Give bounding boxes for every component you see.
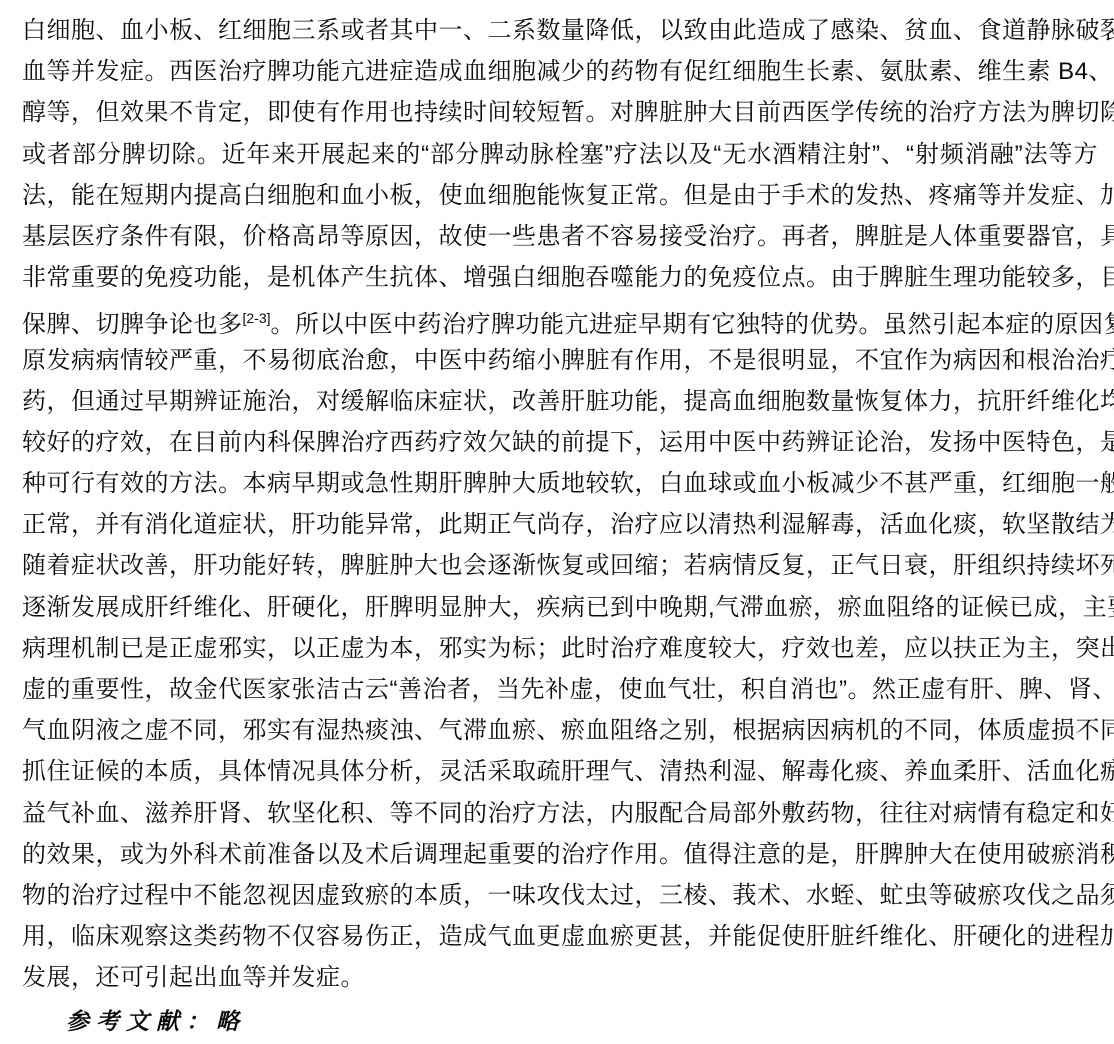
citation-superscript: [2-3] <box>243 310 271 326</box>
text-line: 或者部分脾切除。近年来开展起来的“部分脾动脉栓塞”疗法以及“无水酒精注射”、“射… <box>22 134 1098 175</box>
text-line-with-citation: 保脾、切脾争论也多[2-3]。所以中医中药治疗脾功能亢进症早期有它独特的优势。虽… <box>22 298 1098 339</box>
text-line: 药，但通过早期辨证施治，对缓解临床症状，改善肝脏功能，提高血细胞数量恢复体力，抗… <box>22 381 1098 422</box>
text-line: 虚的重要性，故金代医家张洁古云“善治者，当先补虚，使血气壮，积自消也”。然正虚有… <box>22 669 1098 710</box>
text-line: 抓住证候的本质，具体情况具体分析，灵活采取疏肝理气、清热利湿、解毒化痰、养血柔肝… <box>22 751 1098 792</box>
reference-note: 参考文献：略 <box>66 1001 1098 1041</box>
text-line: 较好的疗效，在目前内科保脾治疗西药疗效欠缺的前提下，运用中医中药辨证论治，发扬中… <box>22 422 1098 463</box>
text-line: 气血阴液之虚不同，邪实有湿热痰浊、气滞血瘀、瘀血阻络之别，根据病因病机的不同，体… <box>22 710 1098 751</box>
text-line: 血等并发症。西医治疗脾功能亢进症造成血细胞减少的药物有促红细胞生长素、氨肽素、维… <box>22 51 1098 92</box>
text-line: 随着症状改善，肝功能好转，脾脏肿大也会逐渐恢复或回缩；若病情反复，正气日衰，肝组… <box>22 545 1098 586</box>
text-line: 白细胞、血小板、红细胞三系或者其中一、二系数量降低，以致由此造成了感染、贫血、食… <box>22 10 1098 51</box>
text-segment: 。所以中医中药治疗脾功能亢进症早期有它独特的优势。虽然引起本症的原因复杂， <box>271 311 1114 338</box>
paragraph-last-line: 发展，还可引起出血等并发症。 <box>22 957 1098 998</box>
text-line: 用，临床观察这类药物不仅容易伤正，造成气血更虚血瘀更甚，并能促使肝脏纤维化、肝硬… <box>22 916 1098 957</box>
text-segment: 保脾、切脾争论也多 <box>22 311 243 338</box>
text-line: 非常重要的免疫功能，是机体产生抗体、增强白细胞吞噬能力的免疫位点。由于脾脏生理功… <box>22 257 1098 298</box>
text-line: 正常，并有消化道症状，肝功能异常，此期正气尚存，治疗应以清热利湿解毒，活血化痰，… <box>22 504 1098 545</box>
text-line: 醇等，但效果不肯定，即使有作用也持续时间较短暂。对脾脏肿大目前西医学传统的治疗方… <box>22 92 1098 133</box>
text-line: 逐渐发展成肝纤维化、肝硬化，肝脾明显肿大，疾病已到中晚期,气滞血瘀，瘀血阻络的证… <box>22 587 1098 628</box>
text-line: 基层医疗条件有限，价格高昂等原因，故使一些患者不容易接受治疗。再者，脾脏是人体重… <box>22 216 1098 257</box>
text-line: 种可行有效的方法。本病早期或急性期肝脾肿大质地较软，白血球或血小板减少不甚严重，… <box>22 463 1098 504</box>
text-line: 益气补血、滋养肝肾、软坚化积、等不同的治疗方法，内服配合局部外敷药物，往往对病情… <box>22 793 1098 834</box>
text-line: 物的治疗过程中不能忽视因虚致瘀的本质，一味攻伐太过，三棱、莪术、水蛭、虻虫等破瘀… <box>22 875 1098 916</box>
text-line: 法，能在短期内提高白细胞和血小板，使血细胞能恢复正常。但是由于手术的发热、疼痛等… <box>22 175 1098 216</box>
text-line: 原发病病情较严重，不易彻底治愈，中医中药缩小脾脏有作用，不是很明显，不宜作为病因… <box>22 340 1098 381</box>
text-line: 病理机制已是正虚邪实，以正虚为本，邪实为标；此时治疗难度较大，疗效也差，应以扶正… <box>22 628 1098 669</box>
document-page: 白细胞、血小板、红细胞三系或者其中一、二系数量降低，以致由此造成了感染、贫血、食… <box>0 0 1114 1044</box>
text-line: 的效果，或为外科术前准备以及术后调理起重要的治疗作用。值得注意的是，肝脾肿大在使… <box>22 834 1098 875</box>
